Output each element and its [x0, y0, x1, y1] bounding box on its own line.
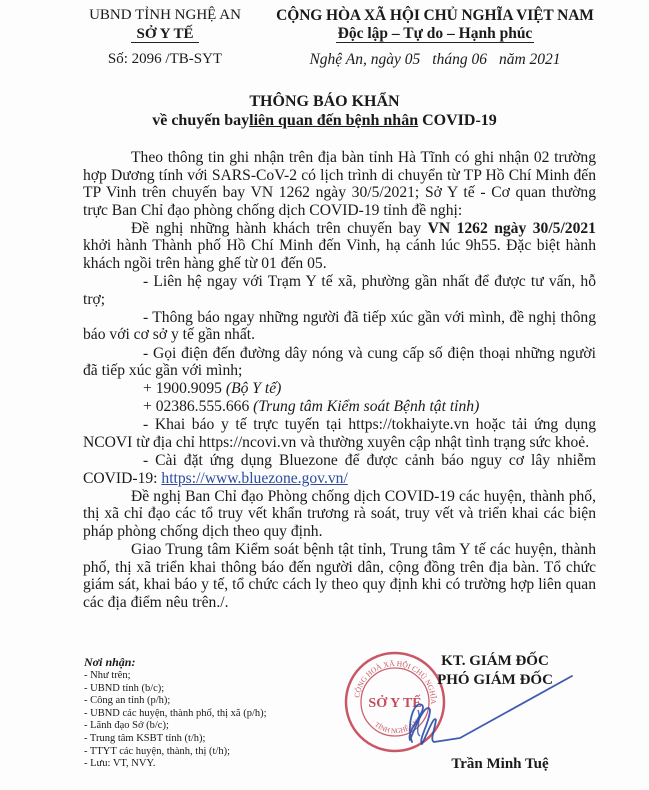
recipients-heading: Nơi nhận:	[84, 655, 324, 670]
hotline-cdc-number: + 02386.555.666	[143, 398, 253, 415]
recipient-item: - Công an tỉnh (p/h);	[84, 695, 324, 708]
document-title: THÔNG BÁO KHẨN về chuyến bayliên quan đế…	[0, 92, 649, 130]
title-main: THÔNG BÁO KHẨN	[0, 92, 649, 111]
hotline-moh-label: (Bộ Y tế)	[226, 380, 281, 397]
recipient-item: - UBND tỉnh (b/c);	[84, 683, 324, 696]
title-subject: về chuyến bayliên quan đến bệnh nhân COV…	[0, 111, 649, 130]
document-body: Theo thông tin ghi nhận trên địa bàn tỉn…	[83, 149, 596, 612]
recipient-item: - Trung tâm KSBT tỉnh (t/h);	[84, 733, 324, 746]
hotline-cdc: + 02386.555.666 (Trung tâm Kiểm soát Bện…	[83, 398, 596, 416]
sign-line-1: KT. GIÁM ĐỐC	[410, 652, 580, 671]
recipient-item: - UBND các huyện, thành phố, thị xã (p/h…	[84, 708, 324, 721]
national-motto: Độc lập – Tự do – Hạnh phúc	[336, 25, 535, 43]
bluezone-link[interactable]: https://www.bluezone.gov.vn/	[161, 470, 347, 487]
recipients-list: Nơi nhận: - Như trên; - UBND tỉnh (b/c);…	[84, 655, 324, 771]
issuing-authority: UBND TỈNH NGHỆ AN SỞ Y TẾ Số: 2096 /TB-S…	[70, 6, 260, 69]
bullet-bluezone: - Cài đặt ứng dụng Bluezone để được cảnh…	[83, 452, 596, 487]
org-name: UBND TỈNH NGHỆ AN	[70, 6, 260, 25]
paragraph-passenger-request: Đề nghị những hành khách trên chuyến bay…	[83, 220, 596, 273]
national-heading: CỘNG HÒA XÃ HỘI CHỦ NGHĨA VIỆT NAM Độc l…	[270, 6, 600, 69]
date-month: tháng 06	[432, 51, 487, 68]
date-place-day: Nghệ An, ngày 05	[309, 51, 420, 68]
handwritten-signature-icon	[400, 670, 600, 750]
hotline-moh: + 1900.9095 (Bộ Y tế)	[83, 380, 596, 398]
document-number: Số: 2096 /TB-SYT	[70, 50, 260, 69]
bullet-call-hotline: - Gọi điện đến đường dây nóng và cung cấ…	[83, 345, 596, 380]
bullet-health-declaration: - Khai báo y tế trực tuyến tại https://t…	[83, 416, 596, 451]
title-sub-suffix: COVID-19	[418, 112, 497, 129]
paragraph-steering-committee: Đề nghị Ban Chỉ đạo Phòng chống dịch COV…	[83, 488, 596, 541]
p2-prefix: Đề nghị những hành khách trên chuyến bay	[131, 220, 428, 237]
flight-info: VN 1262 ngày 30/5/2021	[428, 220, 596, 237]
title-sub-prefix: về chuyến bay	[152, 112, 249, 129]
title-sub-underlined: liên quan đến bệnh nhân	[249, 112, 418, 129]
hotline-cdc-label: (Trung tâm Kiểm soát Bệnh tật tỉnh)	[253, 398, 479, 415]
paragraph-intro: Theo thông tin ghi nhận trên địa bàn tỉn…	[83, 149, 596, 219]
recipient-item: - Lãnh đạo Sở (b/c);	[84, 720, 324, 733]
recipient-item: - Lưu: VT, NVY.	[84, 758, 324, 771]
bullet-notify-contacts: - Thông báo ngay những người đã tiếp xúc…	[83, 309, 596, 344]
hotline-moh-number: + 1900.9095	[143, 380, 226, 397]
bullet-contact-station: - Liên hệ ngay với Trạm Y tế xã, phường …	[83, 273, 596, 308]
date-year: năm 2021	[499, 51, 561, 68]
p2-suffix: khởi hành Thành phố Hồ Chí Minh đến Vinh…	[83, 237, 596, 272]
nation-name: CỘNG HÒA XÃ HỘI CHỦ NGHĨA VIỆT NAM	[270, 6, 600, 25]
document-date: Nghệ An, ngày 05tháng 06năm 2021	[270, 50, 600, 69]
recipient-item: - Như trên;	[84, 670, 324, 683]
department-name: SỞ Y TẾ	[131, 26, 200, 43]
recipient-item: - TTYT các huyện, thành, thị (t/h);	[84, 746, 324, 759]
signer-name: Trần Minh Tuệ	[400, 756, 600, 773]
paragraph-assignment: Giao Trung tâm Kiểm soát bệnh tật tỉnh, …	[83, 541, 596, 611]
